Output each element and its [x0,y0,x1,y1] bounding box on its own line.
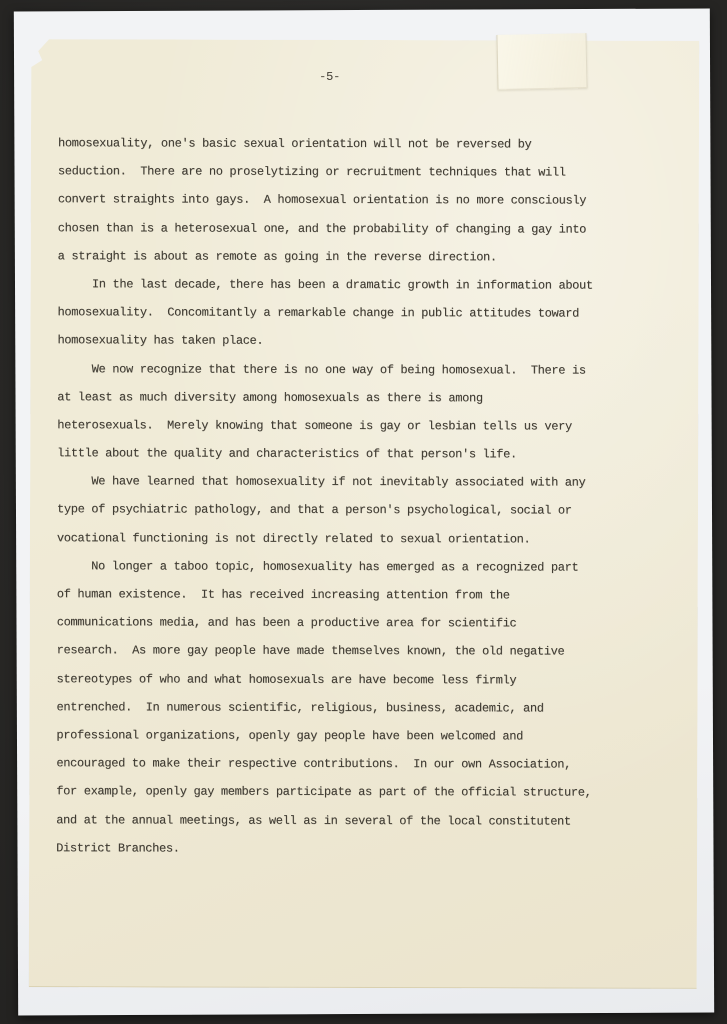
text-line: chosen than is a heterosexual one, and t… [58,214,658,244]
text-line: We now recognize that there is no one wa… [57,355,657,385]
text-line: a straight is about as remote as going i… [58,242,658,272]
text-line: vocational functioning is not directly r… [57,524,657,554]
text-line: research. As more gay people have made t… [57,637,657,667]
text-line: professional organizations, openly gay p… [56,721,656,751]
text-line: encouraged to make their respective cont… [56,749,656,779]
text-line: seduction. There are no proselytizing or… [58,157,658,187]
photo-background: -5- homosexuality, one's basic sexual or… [0,0,727,1024]
text-line: We have learned that homosexuality if no… [57,467,657,497]
text-line: convert straights into gays. A homosexua… [58,186,658,216]
document-page: -5- homosexuality, one's basic sexual or… [29,39,699,989]
text-line: communications media, and has been a pro… [57,608,657,638]
typed-text: homosexuality, one's basic sexual orient… [56,129,658,863]
tape-strip [496,33,587,90]
text-line: type of psychiatric pathology, and that … [57,496,657,526]
text-line: In the last decade, there has been a dra… [58,270,658,300]
text-line: District Branches. [56,834,656,864]
text-line: stereotypes of who and what homosexuals … [57,665,657,695]
text-line: and at the annual meetings, as well as i… [56,806,656,836]
page-number: -5- [319,70,340,84]
text-line: No longer a taboo topic, homosexuality h… [57,552,657,582]
text-line: homosexuality. Concomitantly a remarkabl… [57,298,657,328]
text-line: heterosexuals. Merely knowing that someo… [57,411,657,441]
text-line: homosexuality, one's basic sexual orient… [58,129,658,159]
text-line: for example, openly gay members particip… [56,778,656,808]
text-line: entrenched. In numerous scientific, reli… [56,693,656,723]
text-line: little about the quality and characteris… [57,439,657,469]
text-line: at least as much diversity among homosex… [57,383,657,413]
text-line: of human existence. It has received incr… [57,580,657,610]
text-line: homosexuality has taken place. [57,327,657,357]
